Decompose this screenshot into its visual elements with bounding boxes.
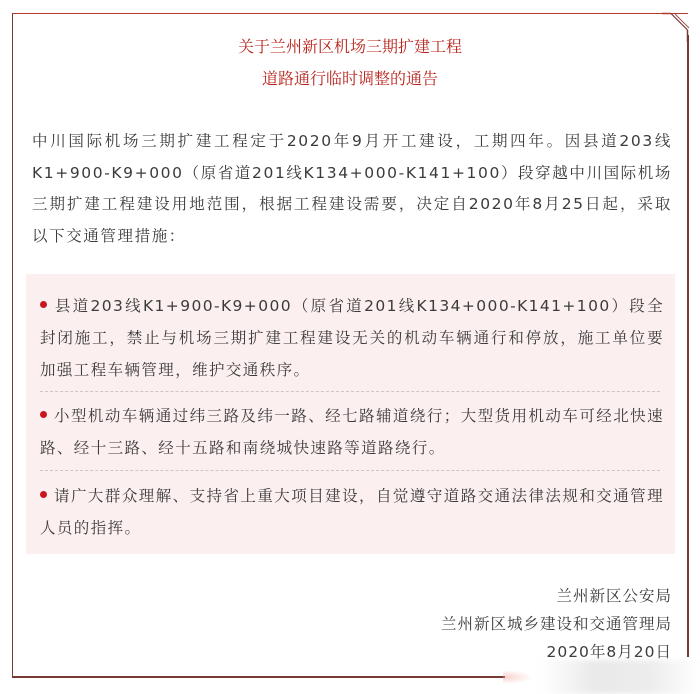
measure-item: 小型机动车辆通过纬三路及纬一路、经七路辅道绕行；大型货用机动车可经北快速路、经十… xyxy=(40,400,664,464)
notice-title-line1: 关于兰州新区机场三期扩建工程 xyxy=(0,34,700,57)
frame-right-border xyxy=(687,35,689,657)
bullet-dot-icon xyxy=(40,411,47,418)
notice-title-line2: 道路通行临时调整的通告 xyxy=(0,66,700,89)
bullet-dot-icon xyxy=(40,491,47,498)
issuer-public-security: 兰州新区公安局 xyxy=(441,582,672,610)
bullet-dot-icon xyxy=(40,301,47,308)
measure-text: 县道203线K1+900-K9+000（原省道201线K134+000-K141… xyxy=(40,297,664,379)
measures-box: 县道203线K1+900-K9+000（原省道201线K134+000-K141… xyxy=(26,274,675,554)
dashed-divider xyxy=(40,470,660,471)
signature-block: 兰州新区公安局 兰州新区城乡建设和交通管理局 2020年8月20日 xyxy=(441,582,672,666)
frame-bottom-fade xyxy=(503,670,533,684)
intro-paragraph: 中川国际机场三期扩建工程定于2020年9月开工建设，工期四年。因县道203线K1… xyxy=(32,126,672,252)
measure-text: 请广大群众理解、支持省上重大项目建设，自觉遵守道路交通法律法规和交通管理人员的指… xyxy=(40,487,664,537)
issuer-construction-transport: 兰州新区城乡建设和交通管理局 xyxy=(441,610,672,638)
frame-bottom-border xyxy=(12,676,505,678)
measure-text: 小型机动车辆通过纬三路及纬一路、经七路辅道绕行；大型货用机动车可经北快速路、经十… xyxy=(40,407,664,457)
measure-item: 请广大群众理解、支持省上重大项目建设，自觉遵守道路交通法律法规和交通管理人员的指… xyxy=(40,480,664,544)
dashed-divider xyxy=(40,391,660,392)
measure-item: 县道203线K1+900-K9+000（原省道201线K134+000-K141… xyxy=(40,290,664,386)
watermark-blur xyxy=(540,660,700,694)
